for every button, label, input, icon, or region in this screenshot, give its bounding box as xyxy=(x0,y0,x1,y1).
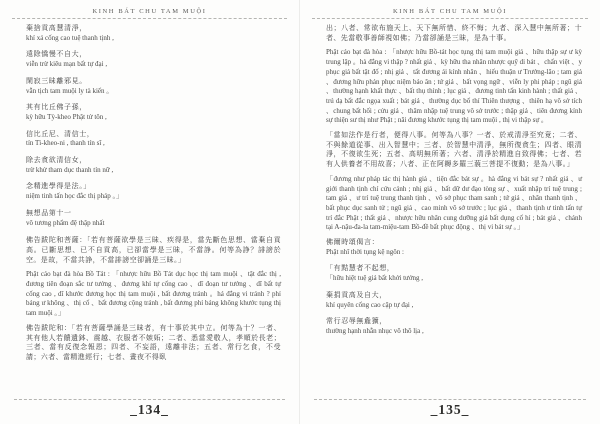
chapter-title: 無想品第十一 vô tương phẩm đệ thập nhất xyxy=(26,209,281,228)
verse-line-zh: 信比丘尼、清信士， xyxy=(26,130,281,140)
page-number-left: _134_ xyxy=(12,400,287,420)
verse-line-vi: tín Tì-kheo-ni , thanh tín sĩ , xyxy=(26,139,281,149)
verse-line-zh: 遠除憍慢不自大， xyxy=(26,50,281,60)
verse-pair: 「有黠慧者不起想， 「hữu hiệt tuệ giả bất khởi tưở… xyxy=(326,264,582,283)
page-left-footer: _134_ xyxy=(10,396,289,420)
verse-intro-zh: 佛爾時頌偈言： xyxy=(326,238,582,248)
paragraph-vi: Phật cáo bạt đà hòa : 「nhược hữu Bồ-tát … xyxy=(326,48,582,126)
verse-line-vi: trừ khử tham dục thanh tín nữ , xyxy=(26,166,281,176)
verse-pair: 其有比丘佛子孫， kỳ hữu Tỳ-kheo Phật tử tôn , xyxy=(26,103,281,122)
verse-line-vi: niệm tinh tấn học đắc thị pháp 。」 xyxy=(26,192,281,202)
verse-pair: 念精進學得是法。」 niệm tinh tấn học đắc thị pháp… xyxy=(26,182,281,201)
paragraph-vi: 「đương như pháp tác thị hành giả 、tiện đ… xyxy=(326,175,582,233)
verse-line-zh: 常行忍辱無麁獷， xyxy=(326,317,582,327)
running-title-left: KINH BÁT CHU TAM MUỘI xyxy=(10,6,289,15)
page-right-footer: _135_ xyxy=(310,396,590,420)
verse-line-vi: viễn trừ kiêu mạn bất tự đại , xyxy=(26,60,281,70)
chapter-title-vi: vô tương phẩm đệ thập nhất xyxy=(26,219,281,229)
verse-intro-vi: Phật nhĩ thời tụng kệ ngôn : xyxy=(326,248,582,258)
verse-line-vi: khí xả cống cao tuệ thanh tịnh , xyxy=(26,34,281,44)
verse-pair: 信比丘尼、清信士， tín Tì-kheo-ni , thanh tín sĩ … xyxy=(26,130,281,149)
book-spread: KINH BÁT CHU TAM MUỘI 棄捨貢高慧清淨， khí xả cố… xyxy=(0,0,600,424)
verse-pair: 遠除憍慢不自大， viễn trừ kiêu mạn bất tự đại , xyxy=(26,50,281,69)
verse-line-zh: 念精進學得是法。」 xyxy=(26,182,281,192)
verse-intro: 佛爾時頌偈言： Phật nhĩ thời tụng kệ ngôn : xyxy=(326,238,582,257)
verse-line-vi: khí quyên cống cao cập tự đại , xyxy=(326,301,582,311)
verse-line-vi: 「hữu hiệt tuệ giả bất khởi tưởng , xyxy=(326,274,582,284)
verse-line-zh: 棄捐貢高及自大， xyxy=(326,291,582,301)
verse-line-zh: 除去貪欲清信女， xyxy=(26,156,281,166)
verse-line-zh: 棄捨貢高慧清淨， xyxy=(26,24,281,34)
running-title-right: KINH BÁT CHU TAM MUỘI xyxy=(310,6,590,15)
verse-line-zh: 閑寂三昧離邪見。 xyxy=(26,77,281,87)
paragraph-zh: 「當如法作是行者，便得八事。何等為八事？一者、於戒清淨至究竟；二者、不與餘道從事… xyxy=(326,131,582,170)
verse-line-vi: kỳ hữu Tỳ-kheo Phật tử tôn , xyxy=(26,113,281,123)
paragraph-zh: 佛告跋陀和菩薩：「若有菩薩欲學是三昧、疾得是，當先斷色思想、當棄自貢高。已斷思想… xyxy=(26,236,281,265)
paragraph-vi: Phật cáo bạt đà hòa Bồ Tát : 「nhược hữu … xyxy=(26,270,281,319)
verse-pair: 棄捨貢高慧清淨， khí xả cống cao tuệ thanh tịnh … xyxy=(26,24,281,43)
verse-line-zh: 「有黠慧者不起想， xyxy=(326,264,582,274)
chapter-title-zh: 無想品第十一 xyxy=(26,209,281,219)
page-left-content: 棄捨貢高慧清淨， khí xả cống cao tuệ thanh tịnh … xyxy=(10,19,289,396)
verse-line-zh: 其有比丘佛子孫， xyxy=(26,103,281,113)
paragraph-zh: 出；八者、常欲布施天上、天下無所惜、終不悔；九者、深入慧中無所著；十者、先當敬事… xyxy=(326,24,582,43)
verse-line-vi: thường hạnh nhẫn nhục vô thô lịa , xyxy=(326,327,582,337)
paragraph-zh: 佛告跋陀和：「若有菩薩學誦是三昧者，有十事於其中立。何等為十？一者、其有他人若饋… xyxy=(26,324,281,363)
verse-pair: 閑寂三昧離邪見。 vẫn tịch tam muội ly tà kiến 。 xyxy=(26,77,281,96)
page-right-content: 出；八者、常欲布施天上、天下無所惜、終不悔；九者、深入慧中無所著；十者、先當敬事… xyxy=(310,19,590,396)
page-right: KINH BÁT CHU TAM MUỘI 出；八者、常欲布施天上、天下無所惜、… xyxy=(300,0,600,424)
page-number-right: _135_ xyxy=(312,400,588,420)
page-left: KINH BÁT CHU TAM MUỘI 棄捨貢高慧清淨， khí xả cố… xyxy=(0,0,300,424)
verse-pair: 棄捐貢高及自大， khí quyên cống cao cập tự đại , xyxy=(326,291,582,310)
verse-pair: 除去貪欲清信女， trừ khử tham dục thanh tín nữ , xyxy=(26,156,281,175)
verse-pair: 常行忍辱無麁獷， thường hạnh nhẫn nhục vô thô lị… xyxy=(326,317,582,336)
verse-line-vi: vẫn tịch tam muội ly tà kiến 。 xyxy=(26,87,281,97)
